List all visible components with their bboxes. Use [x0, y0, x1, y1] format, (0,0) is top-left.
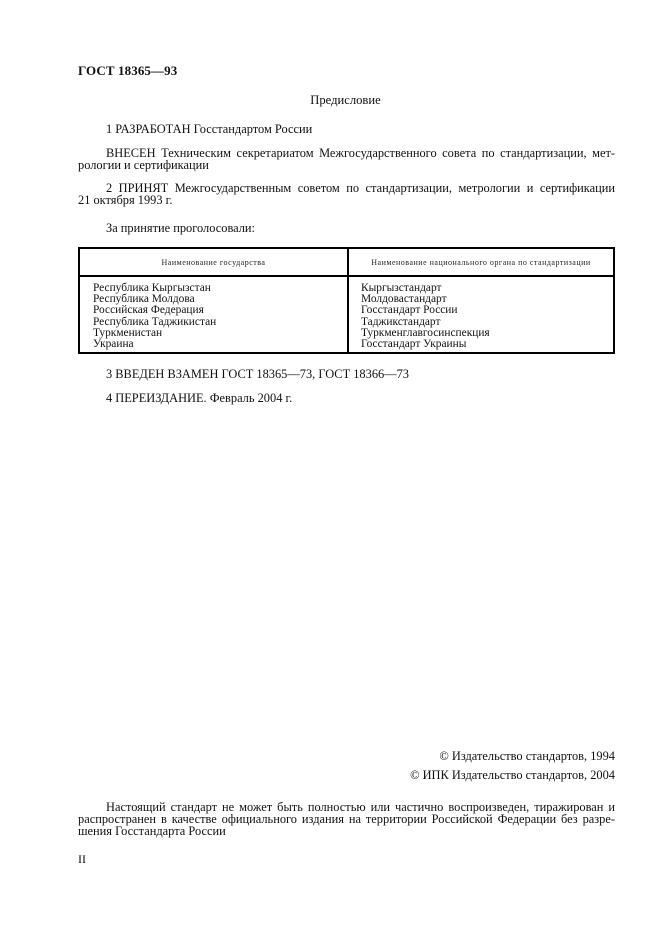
table-header-state: Наименование государства	[80, 258, 347, 267]
table-column-states: Республика Кыргызстан Республика Молдова…	[93, 283, 216, 350]
table-header-divider	[80, 275, 613, 277]
reproduction-notice: Настоящий стандарт не может быть полност…	[78, 801, 615, 837]
copyright-1994: © Издательство стандартов, 1994	[439, 750, 615, 762]
notice-line3: шения Госстандарта России	[78, 825, 615, 837]
voted-label: За принятие проголосовали:	[78, 222, 615, 234]
section-title: Предисловие	[0, 94, 661, 106]
table-cell-national-body: Госстандарт России	[361, 305, 490, 316]
page-number: II	[78, 853, 86, 865]
table-cell-national-body: Госстандарт Украины	[361, 339, 490, 350]
item-submitted-line2: рологии и сертификации	[78, 159, 615, 171]
item-replaces: 3 ВВЕДЕН ВЗАМЕН ГОСТ 18365—73, ГОСТ 1836…	[78, 368, 615, 380]
document-id: ГОСТ 18365—93	[78, 65, 177, 77]
table-cell-state: Украина	[93, 339, 216, 350]
item-adopted: 2 ПРИНЯТ Межгосударственным советом по с…	[78, 182, 615, 206]
item-developed: 1 РАЗРАБОТАН Госстандартом России	[78, 123, 615, 135]
table-header-national-body: Наименование национального органа по ста…	[349, 258, 613, 267]
copyright-2004: © ИПК Издательство стандартов, 2004	[410, 769, 615, 781]
item-adopted-line2: 21 октября 1993 г.	[78, 194, 615, 206]
table-column-national-bodies: Кыргызстандарт Молдовастандарт Госстанда…	[361, 283, 490, 350]
table-cell-state: Российская Федерация	[93, 305, 216, 316]
item-submitted: ВНЕСЕН Техническим секретариатом Межгосу…	[78, 147, 615, 171]
item-reissue: 4 ПЕРЕИЗДАНИЕ. Февраль 2004 г.	[78, 392, 615, 404]
voting-table: Наименование государства Наименование на…	[78, 247, 615, 354]
